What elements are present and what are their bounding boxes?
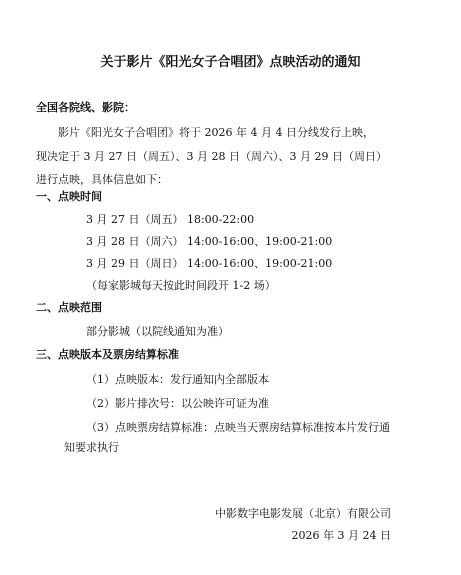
signature-date: 2026 年 3 月 24 日 xyxy=(292,529,391,543)
section-heading-version: 三、点映版本及票房结算标准 xyxy=(36,348,179,362)
version-item: （1）点映版本：发行通知内全部版本 xyxy=(86,373,269,387)
intro-line-3: 进行点映，具体信息如下： xyxy=(36,173,168,187)
salutation: 全国各院线、影院： xyxy=(36,101,135,115)
version-item-continued: 知要求执行 xyxy=(64,441,119,455)
version-item: （3）点映票房结算标准：点映当天票房结算标准按本片发行通 xyxy=(86,421,390,435)
schedule-item: 3 月 28 日（周六） 14:00-16:00、19:00-21:00 xyxy=(86,235,332,249)
document-title: 关于影片《阳光女子合唱团》点映活动的通知 xyxy=(0,56,461,70)
scope-item: 部分影城（以院线通知为准） xyxy=(86,325,229,339)
section-heading-time: 一、点映时间 xyxy=(36,190,102,204)
signature-company: 中影数字电影发展（北京）有限公司 xyxy=(215,507,391,521)
section-heading-scope: 二、点映范围 xyxy=(36,301,102,315)
version-item: （2）影片排次号：以公映许可证为准 xyxy=(86,397,269,411)
intro-line-2: 现决定于 3 月 27 日（周五）、3 月 28 日（周六）、3 月 29 日（… xyxy=(36,150,387,164)
schedule-item: 3 月 29 日（周日） 14:00-16:00、19:00-21:00 xyxy=(86,257,332,271)
schedule-note: （每家影城每天按此时间段开 1-2 场） xyxy=(86,279,276,293)
schedule-item: 3 月 27 日（周五） 18:00-22:00 xyxy=(86,213,254,227)
intro-line-1: 影片《阳光女子合唱团》将于 2026 年 4 月 4 日分线发行上映， xyxy=(58,126,374,140)
